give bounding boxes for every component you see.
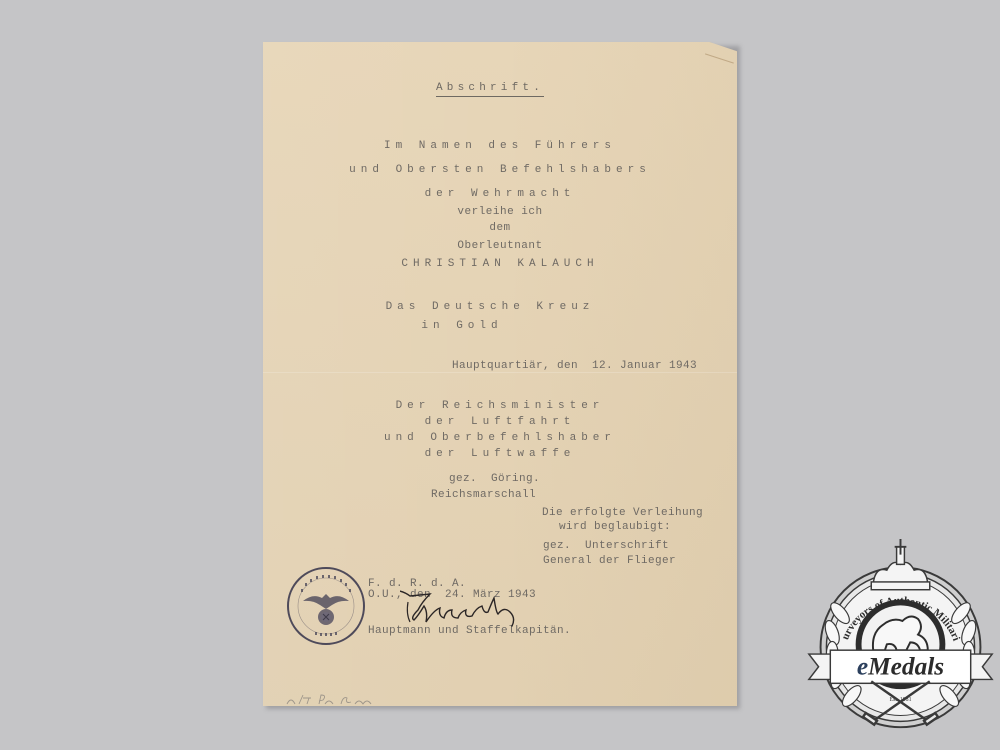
- emedals-logo: Purveyors of Authentic Militaria eMedals…: [803, 535, 998, 740]
- document-heading: Abschrift.: [436, 82, 544, 97]
- issuer-line: der Luftwaffe: [263, 448, 737, 460]
- text-line: Im Namen des Führers: [263, 140, 737, 152]
- eagle-icon: [289, 569, 363, 643]
- certification-signed: gez. Unterschrift: [543, 540, 669, 552]
- text-line: Oberleutnant: [263, 240, 737, 252]
- signed-by: gez. Göring.: [449, 473, 540, 485]
- text-line: und Obersten Befehlshabers: [263, 164, 737, 176]
- svg-text:eMedals: eMedals: [857, 653, 944, 681]
- handwritten-signature: [400, 588, 580, 628]
- issuer-line: und Oberbefehlshaber: [263, 432, 737, 444]
- certification-rank: General der Flieger: [543, 555, 676, 567]
- place-date: Hauptquartiär, den 12. Januar 1943: [452, 360, 697, 372]
- text-line: verleihe ich: [263, 206, 737, 218]
- fold-crease: [263, 372, 737, 373]
- text-line: dem: [263, 222, 737, 234]
- certification-line: wird beglaubigt:: [559, 521, 671, 533]
- signer-rank: Reichsmarschall: [431, 489, 536, 501]
- recipient-name: CHRISTIAN KALAUCH: [263, 258, 737, 270]
- certification-line: Die erfolgte Verleihung: [542, 507, 703, 519]
- pencil-annotation: [285, 692, 385, 706]
- official-stamp: [287, 567, 365, 645]
- text-line: der Wehrmacht: [263, 188, 737, 200]
- issuer-line: der Luftfahrt: [263, 416, 737, 428]
- issuer-line: Der Reichsminister: [263, 400, 737, 412]
- award-name: Das Deutsche Kreuz: [253, 301, 727, 313]
- award-grade: in Gold: [225, 320, 699, 332]
